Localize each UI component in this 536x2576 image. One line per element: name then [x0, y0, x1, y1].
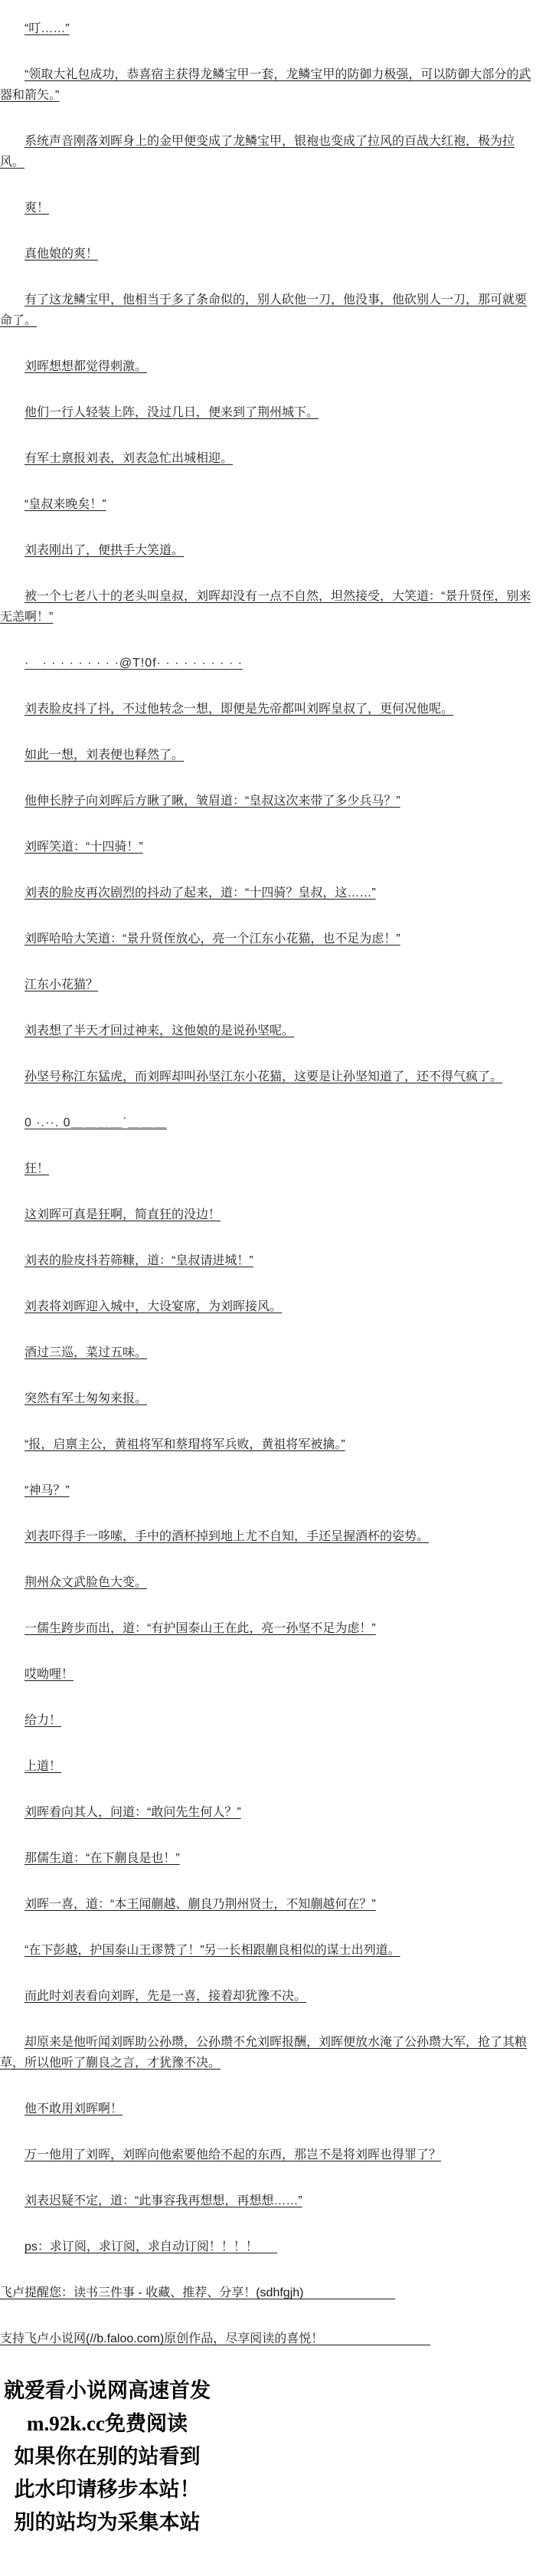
- paragraph: “神马？”: [0, 1480, 536, 1501]
- paragraph: 刘表刚出了，便拱手大笑道。: [0, 540, 536, 561]
- paragraph: 支持飞卢小说网(//b.faloo.com)原创作品，尽享阅读的喜悦！: [0, 2329, 536, 2349]
- paragraph: 刘晖想想都觉得刺激。: [0, 356, 536, 377]
- paragraph: 刘表脸皮抖了抖，不过他转念一想，即便是先帝都叫刘晖皇叔了，更何况他呢。: [0, 699, 536, 719]
- paragraph: 上道！: [0, 1756, 536, 1777]
- paragraph: 有军士禀报刘表，刘表急忙出城相迎。: [0, 448, 536, 469]
- paragraph: 刘表的脸皮抖若筛糠，道：“皇叔请进城！”: [0, 1250, 536, 1271]
- underline-tail: [303, 2288, 395, 2299]
- paragraph: 系统声音刚落刘晖身上的金甲便变成了龙鳞宝甲，银袍也变成了拉风的百战大红袍，极为拉…: [0, 131, 536, 172]
- paragraph: 哎呦哩！: [0, 1664, 536, 1685]
- paragraph: 江东小花猫？: [0, 975, 536, 995]
- paragraph: 万一他用了刘晖，刘晖向他索要他给不起的东西，那岂不是将刘晖也得罪了？: [0, 2145, 536, 2165]
- watermark-line: 就爱看小说网高速首发: [0, 2374, 214, 2407]
- paragraph: ps：求订阅，求订阅，求自动订阅！！！！: [0, 2237, 536, 2257]
- paragraph: 却原来是他听闻刘晖助公孙瓒，公孙瓒不允刘晖报酬，刘晖便放水淹了公孙瓒大军，抢了其…: [0, 2032, 536, 2073]
- paragraph: 一儒生跨步而出，道：“有护国泰山王在此，亮一孙坚不足为虑！”: [0, 1618, 536, 1639]
- paragraph: 有了这龙鳞宝甲，他相当于多了条命似的，别人砍他一刀，他没事，他砍别人一刀，那可就…: [0, 290, 536, 331]
- paragraph: 荆州众文武脸色大变。: [0, 1572, 536, 1593]
- divider-line: · · · · · · · · · ·@T!0f· · · · · · · · …: [0, 653, 536, 673]
- paragraph: “领取大礼包成功，恭喜宿主获得龙鳞宝甲一套，龙鳞宝甲的防御力极强，可以防御大部分…: [0, 64, 536, 106]
- paragraph: 而此时刘表看向刘晖，先是一喜，接着却犹豫不决。: [0, 1986, 536, 2007]
- paragraph: 刘表迟疑不定，道：“此事容我再想想，再想想……”: [0, 2191, 536, 2211]
- novel-content: “叮……”“领取大礼包成功，恭喜宿主获得龙鳞宝甲一套，龙鳞宝甲的防御力极强，可以…: [0, 18, 536, 2349]
- paragraph: 酒过三巡，菜过五味。: [0, 1342, 536, 1363]
- underline-tail: [323, 2334, 430, 2345]
- paragraph: 刘表想了半天才回过神来，这他娘的是说孙坚呢。: [0, 1021, 536, 1041]
- paragraph: “报，启禀主公，黄祖将军和蔡瑁将军兵败，黄祖将军被擒。”: [0, 1434, 536, 1455]
- paragraph: 刘晖哈哈大笑道：“景升贤侄放心，亮一个江东小花猫，也不足为虑！”: [0, 929, 536, 949]
- paragraph: 刘表吓得手一哆嗦，手中的酒杯掉到地上尤不自知，手还呈握酒杯的姿势。: [0, 1526, 536, 1547]
- paragraph: 如此一想，刘表便也释然了。: [0, 745, 536, 765]
- paragraph: 他不敢用刘晖啊！: [0, 2099, 536, 2119]
- paragraph: 刘表的脸皮再次剧烈的抖动了起来，道：“十四骑？皇叔，这……”: [0, 883, 536, 903]
- paragraph: 刘晖看向其人，问道：“敢问先生何人？”: [0, 1802, 536, 1823]
- paragraph: “皇叔来晚矣！”: [0, 494, 536, 515]
- watermark-line: 如果你在别的站看到: [0, 2440, 214, 2473]
- paragraph: 狂！: [0, 1159, 536, 1179]
- paragraph: 孙坚号称江东猛虎，而刘晖却叫孙坚江东小花猫，这要是让孙坚知道了，还不得气疯了。: [0, 1067, 536, 1087]
- paragraph: 突然有军士匆匆来报。: [0, 1388, 536, 1409]
- paragraph: 这刘晖可真是狂啊，简直狂的没边！: [0, 1204, 536, 1225]
- paragraph: 刘晖笑道：“十四骑！”: [0, 837, 536, 857]
- paragraph: 刘晖一喜，道：“本王闻蒯越、蒯良乃荆州贤士，不知蒯越何在？”: [0, 1894, 536, 1915]
- paragraph: 真他娘的爽！: [0, 244, 536, 264]
- paragraph: 给力！: [0, 1710, 536, 1731]
- paragraph: “叮……”: [0, 18, 536, 39]
- watermark-line: 别的站均为采集本站: [0, 2506, 214, 2539]
- paragraph: 他们一行人轻装上阵，没过几日，便来到了荆州城下。: [0, 402, 536, 423]
- divider-line: 0 ·.··. 0＿＿＿＿´＿＿＿: [0, 1113, 536, 1133]
- paragraph: 飞卢提醒您：读书三件事 - 收藏、推荐、分享！(sdhfgjh): [0, 2283, 536, 2303]
- site-watermark-block: 就爱看小说网高速首发m.92k.cc免费阅读如果你在别的站看到此水印请移步本站！…: [0, 2374, 214, 2539]
- paragraph: 他伸长脖子向刘晖后方瞅了瞅，皱眉道：“皇叔这次来带了多少兵马？”: [0, 791, 536, 811]
- paragraph: 被一个七老八十的老头叫皇叔，刘晖却没有一点不自然，坦然接受，大笑道：“景升贤侄，…: [0, 586, 536, 628]
- novel-page: “叮……”“领取大礼包成功，恭喜宿主获得龙鳞宝甲一套，龙鳞宝甲的防御力极强，可以…: [0, 0, 536, 2539]
- paragraph: “在下彭越，护国泰山王谬赞了！”另一长相跟蒯良相似的谋士出列道。: [0, 1940, 536, 1961]
- paragraph: 爽！: [0, 198, 536, 218]
- paragraph: 那儒生道：“在下蒯良是也！”: [0, 1848, 536, 1869]
- watermark-line: 此水印请移步本站！: [0, 2473, 214, 2506]
- underline-tail: [258, 2242, 277, 2253]
- watermark-line: m.92k.cc免费阅读: [0, 2407, 214, 2440]
- paragraph: 刘表将刘晖迎入城中，大设宴席，为刘晖接风。: [0, 1296, 536, 1317]
